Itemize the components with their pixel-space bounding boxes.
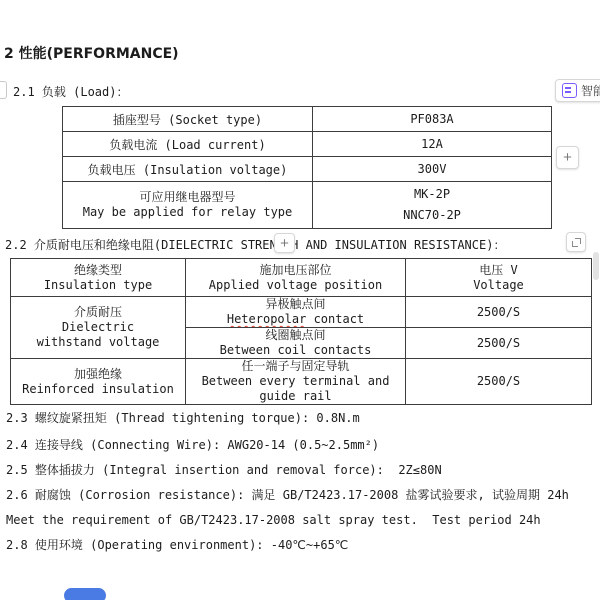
type-zh: 介质耐压 <box>14 305 182 320</box>
section-2-5-label: 2.5 整体插拔力 (Integral insertion and remova… <box>6 462 442 478</box>
dielectric-table: 绝缘类型 Insulation type 施加电压部位 Applied volt… <box>10 258 592 405</box>
load-table: 插座型号 (Socket type) PF083A 负载电流 (Load cur… <box>62 106 552 229</box>
type-en: Reinforced insulation <box>14 382 182 397</box>
position-zh: 任一端子与固定导轨 <box>187 359 404 374</box>
value-cell: MK-2P NNC70-2P <box>313 182 552 229</box>
type-en: Dielectric <box>14 320 182 335</box>
header-row: 绝缘类型 Insulation type 施加电压部位 Applied volt… <box>11 259 592 297</box>
add-annotation-button-heading[interactable]: + <box>274 233 295 253</box>
insulation-type-cell: 加强绝缘 Reinforced insulation <box>11 359 186 405</box>
header-cell: 电压 V Voltage <box>406 259 592 297</box>
section-2-2-label: 2.2 介质耐电压和绝缘电阻(DIELECTRIC STRENGTH AND I… <box>5 237 505 253</box>
blue-indicator-pill[interactable] <box>64 588 106 600</box>
type-en: withstand voltage <box>14 335 182 350</box>
position-zh: 线圈触点间 <box>189 328 402 343</box>
position-cell: 任一端子与固定导轨 Between every terminal and gui… <box>186 359 406 405</box>
table-row: 插座型号 (Socket type) PF083A <box>63 107 552 132</box>
position-cell: 线圈触点间 Between coil contacts <box>186 328 406 359</box>
header-zh: 电压 V <box>409 263 588 278</box>
expand-button[interactable] <box>566 232 586 252</box>
table-row: 介质耐压 Dielectric withstand voltage 异极触点间 … <box>11 297 592 328</box>
table-row: 加强绝缘 Reinforced insulation 任一端子与固定导轨 Bet… <box>11 359 592 405</box>
voltage-cell: 2500/S <box>406 359 592 405</box>
header-en: Voltage <box>409 278 588 293</box>
position-en-rest: contact <box>306 312 364 326</box>
misspelled-word: Heteropolar <box>227 312 306 326</box>
type-zh: 加强绝缘 <box>14 367 182 382</box>
section-2-8-label: 2.8 使用环境 (Operating environment): -40℃~+… <box>6 537 348 553</box>
param-en: May be applied for relay type <box>66 205 309 220</box>
voltage-cell: 2500/S <box>406 297 592 328</box>
param-zh: 可应用继电器型号 <box>66 190 309 205</box>
add-annotation-button[interactable]: + <box>556 146 579 169</box>
scrollbar-thumb[interactable] <box>593 252 599 280</box>
document-page: 2 性能(PERFORMANCE) 2.1 负载 (Load)： 插座型号 (S… <box>0 0 600 600</box>
param-cell: 负载电流 (Load current) <box>63 132 313 157</box>
section-2-6-english-label: Meet the requirement of GB/T2423.17-2008… <box>6 512 541 528</box>
position-en: Between every terminal and guide rail <box>187 374 404 404</box>
header-cell: 绝缘类型 Insulation type <box>11 259 186 297</box>
value-cell: 300V <box>313 157 552 182</box>
header-zh: 施加电压部位 <box>189 263 402 278</box>
smart-translate-label: 智能 <box>581 82 600 99</box>
voltage-cell: 2500/S <box>406 328 592 359</box>
relay-type-2: NNC70-2P <box>316 208 548 223</box>
section-2-4-label: 2.4 连接导线 (Connecting Wire): AWG20-14 (0.… <box>6 437 379 453</box>
param-cell: 可应用继电器型号 May be applied for relay type <box>63 182 313 229</box>
smart-translate-button[interactable]: 智能 <box>555 79 600 102</box>
plus-icon: + <box>563 150 572 165</box>
table-row: 负载电流 (Load current) 12A <box>63 132 552 157</box>
value-cell: 12A <box>313 132 552 157</box>
position-en: Heteropolar contact <box>189 312 402 327</box>
translate-icon <box>562 83 577 98</box>
position-cell: 异极触点间 Heteropolar contact <box>186 297 406 328</box>
header-en: Applied voltage position <box>189 278 402 293</box>
header-zh: 绝缘类型 <box>14 263 182 278</box>
section-2-6-label: 2.6 耐腐蚀 (Corrosion resistance): 满足 GB/T2… <box>6 487 569 503</box>
insulation-type-cell: 介质耐压 Dielectric withstand voltage <box>11 297 186 359</box>
plus-icon: + <box>280 236 289 251</box>
value-cell: PF083A <box>313 107 552 132</box>
param-cell: 插座型号 (Socket type) <box>63 107 313 132</box>
position-en: Between coil contacts <box>189 343 402 358</box>
header-en: Insulation type <box>14 278 182 293</box>
table-row: 负载电压 (Insulation voltage) 300V <box>63 157 552 182</box>
relay-type-1: MK-2P <box>316 187 548 202</box>
section-title: 2 性能(PERFORMANCE) <box>4 46 179 62</box>
position-zh: 异极触点间 <box>189 297 402 312</box>
paragraph-marker-button[interactable] <box>0 81 7 99</box>
table-row: 可应用继电器型号 May be applied for relay type M… <box>63 182 552 229</box>
section-2-3-label: 2.3 螺纹旋紧扭矩 (Thread tightening torque): 0… <box>6 410 360 426</box>
param-cell: 负载电压 (Insulation voltage) <box>63 157 313 182</box>
expand-icon <box>572 238 581 247</box>
header-cell: 施加电压部位 Applied voltage position <box>186 259 406 297</box>
section-2-1-label: 2.1 负载 (Load)： <box>13 84 128 100</box>
